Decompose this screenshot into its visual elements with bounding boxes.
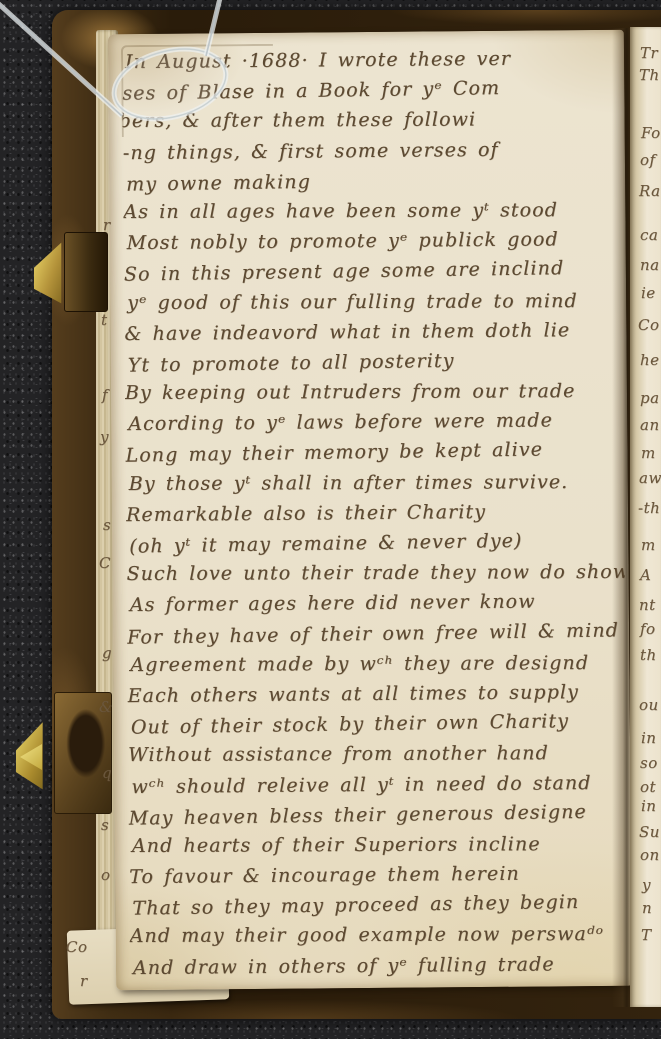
manuscript-photo: In August ·1688· I wrote these verses of… [0,0,661,1039]
manuscript-line: Without assistance from another hand [128,738,626,770]
clasp-strap [54,692,112,814]
manuscript-line: yᵉ good of this our fulling trade to min… [127,285,622,317]
manuscript-text-block: In August ·1688· I wrote these verses of… [122,43,628,986]
manuscript-line: By those yᵗ shall in after times survive… [129,466,624,498]
manuscript-line: For they have of their own free will & m… [127,615,625,653]
manuscript-line: As in all ages have been some yᵗ stood [123,195,621,227]
manuscript-page: In August ·1688· I wrote these verses of… [108,30,632,990]
manuscript-line: Long may their memory be kept alive [125,434,623,472]
manuscript-line: And may their good example now perswaᵈᵒ [130,919,628,951]
manuscript-line: (oh yᵗ it may remaine & never dye) [129,524,624,562]
book-clasp-bottom [16,690,110,814]
book-clasp-top [34,228,106,314]
manuscript-line: Such love unto their trade they now do s… [126,557,624,589]
manuscript-line: So in this present age some are inclind [124,253,622,291]
manuscript-line: May heaven bless their generous designe [128,796,626,834]
facing-page-sliver [630,27,661,1007]
manuscript-line: And hearts of their Superiors incline [132,829,627,861]
manuscript-line: Agreement made by wᶜʰ they are designd [130,648,625,680]
manuscript-line: bers, & after them these followi [122,104,621,136]
manuscript-line: my owne making [126,162,621,200]
manuscript-line: Yt to promote to all posterity [128,343,623,381]
manuscript-line: And draw in others of yᵉ fulling trade [133,948,628,983]
clasp-strap [64,232,108,312]
manuscript-line: By keeping out Intruders from our trade [125,376,623,408]
